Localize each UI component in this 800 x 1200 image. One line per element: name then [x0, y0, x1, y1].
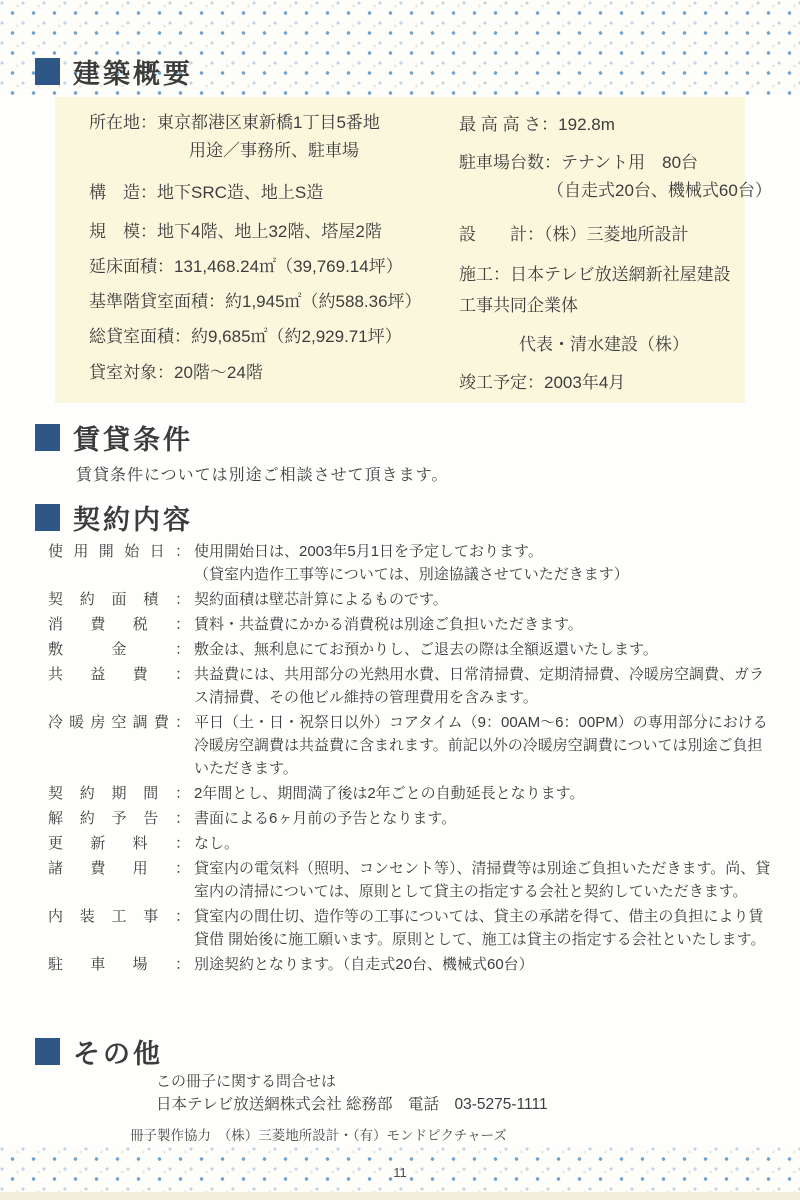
other-inquiry-line1: この冊子に関する問合せは	[156, 1070, 336, 1091]
overview-parking-count: 駐車場台数：テナント用 80台	[459, 150, 772, 176]
overview-total-rentable-area: 総貸室面積：約9,685㎡（約2,929.71坪）	[89, 324, 422, 350]
section-marker-square-icon	[35, 504, 60, 531]
section-title-overview: 建築概要	[73, 52, 193, 91]
contract-row-text: 2年間とし、期間満了後は2年ごとの自動延長となります。	[194, 782, 772, 805]
contract-row-hvac-fee: 冷暖房空調費： 平日（土・日・祝祭日以外）コアタイム（9：00AM～6：00PM…	[48, 711, 772, 780]
section-marker-square-icon	[35, 424, 60, 451]
overview-total-floor-area: 延床面積：131,468.24㎡（39,769.14坪）	[89, 254, 422, 280]
section-title-lease: 賃貸条件	[73, 418, 193, 457]
contract-rows: 使用開始日： 使用開始日は、2003年5月1日を予定しております。 （貸室内造作…	[48, 540, 772, 978]
contract-row-text: 敷金は、無利息にてお預かりし、ご退去の際は全額返還いたします。	[194, 638, 772, 661]
contract-row-label: 契約期間：	[48, 782, 190, 805]
contract-row-text: 貸室内の電気料（照明、コンセント等）、清掃費等は別途ご負担いただきます。尚、貸室…	[194, 857, 772, 903]
contract-row-text: 賃料・共益費にかかる消費税は別途ご負担いただきます。	[194, 613, 772, 636]
contract-row-contract-area: 契約面積： 契約面積は壁芯計算によるものです。	[48, 588, 772, 611]
contract-row-start-date: 使用開始日： 使用開始日は、2003年5月1日を予定しております。 （貸室内造作…	[48, 540, 772, 586]
section-heading-other: その他	[35, 1032, 163, 1071]
contract-row-misc-expenses: 諸費用： 貸室内の電気料（照明、コンセント等）、清掃費等は別途ご負担いただきます…	[48, 857, 772, 903]
section-title-other: その他	[73, 1032, 163, 1071]
contract-row-text: 使用開始日は、2003年5月1日を予定しております。 （貸室内造作工事等について…	[194, 540, 772, 586]
contract-row-label: 内装工事：	[48, 905, 190, 928]
contract-row-contract-period: 契約期間： 2年間とし、期間満了後は2年ごとの自動延長となります。	[48, 782, 772, 805]
bottom-cream-strip	[0, 1192, 800, 1200]
contract-row-text: 共益費には、共用部分の光熱用水費、日常清掃費、定期清掃費、冷暖房空調費、ガラス清…	[194, 663, 772, 709]
contract-row-label: 駐車場：	[48, 953, 190, 976]
overview-designer: 設 計：（株）三菱地所設計	[459, 222, 772, 248]
other-production-credit: 冊子製作協力 （株）三菱地所設計・（有）モンドピクチャーズ	[130, 1124, 507, 1144]
contract-row-deposit: 敷金： 敷金は、無利息にてお預かりし、ご退去の際は全額返還いたします。	[48, 638, 772, 661]
bottom-dot-pattern-band: 11	[0, 1146, 800, 1192]
contract-row-text: 平日（土・日・祝祭日以外）コアタイム（9：00AM～6：00PM）の専用部分にお…	[194, 711, 772, 780]
contract-row-label: 敷金：	[48, 638, 190, 661]
contract-row-label: 消費税：	[48, 613, 190, 636]
section-marker-square-icon	[35, 1038, 60, 1065]
contract-row-consumption-tax: 消費税： 賃料・共益費にかかる消費税は別途ご負担いただきます。	[48, 613, 772, 636]
contract-row-text: 契約面積は壁芯計算によるものです。	[194, 588, 772, 611]
contract-row-interior-work: 内装工事： 貸室内の間仕切、造作等の工事については、貸主の承諾を得て、借主の負担…	[48, 905, 772, 951]
section-title-contract: 契約内容	[73, 498, 193, 537]
contract-row-text: 別途契約となります。（自走式20台、機械式60台）	[194, 953, 772, 976]
contract-row-renewal-fee: 更新料： なし。	[48, 832, 772, 855]
overview-structure: 構 造：地下SRC造、地上S造	[89, 180, 422, 206]
lease-body-text: 賃貸条件については別途ご相談させて頂きます。	[76, 462, 448, 485]
overview-parking-detail: （自走式20台、機械式60台）	[459, 178, 772, 204]
overview-contractor-line1: 施工：日本テレビ放送網新社屋建設	[459, 262, 772, 288]
section-marker-square-icon	[35, 58, 60, 85]
overview-standard-floor-area: 基準階貸室面積：約1,945㎡（約588.36坪）	[89, 289, 422, 315]
contract-row-text: 貸室内の間仕切、造作等の工事については、貸主の承諾を得て、借主の負担により賃貸借…	[194, 905, 772, 951]
overview-completion-date: 竣工予定：2003年4月	[459, 370, 772, 396]
overview-scale: 規 模：地下4階、地上32階、塔屋2階	[89, 219, 422, 245]
contract-row-text: 書面による6ヶ月前の予告となります。	[194, 807, 772, 830]
overview-box: 所在地：東京都港区東新橋1丁目5番地 用途／事務所、駐車場 構 造：地下SRC造…	[55, 97, 745, 403]
contract-row-label: 共益費：	[48, 663, 190, 686]
other-inquiry-line2: 日本テレビ放送網株式会社 総務部 電話 03-5275-1111	[156, 1092, 548, 1114]
contract-row-label: 更新料：	[48, 832, 190, 855]
document-page: 建築概要 所在地：東京都港区東新橋1丁目5番地 用途／事務所、駐車場 構 造：地…	[0, 0, 800, 1200]
overview-location: 所在地：東京都港区東新橋1丁目5番地	[89, 110, 422, 136]
overview-usage: 用途／事務所、駐車場	[89, 138, 422, 164]
contract-row-label: 諸費用：	[48, 857, 190, 880]
section-heading-overview: 建築概要	[35, 52, 193, 91]
contract-row-label: 使用開始日：	[48, 540, 190, 563]
overview-max-height: 最 高 高 さ：192.8m	[459, 112, 772, 138]
overview-contractor-line2: 工事共同企業体	[459, 293, 772, 319]
contract-row-parking: 駐車場： 別途契約となります。（自走式20台、機械式60台）	[48, 953, 772, 976]
contract-row-label: 解約予告：	[48, 807, 190, 830]
overview-right-column: 最 高 高 さ：192.8m 駐車場台数：テナント用 80台 （自走式20台、機…	[459, 112, 772, 396]
section-heading-lease: 賃貸条件	[35, 418, 193, 457]
section-heading-contract: 契約内容	[35, 498, 193, 537]
contract-row-label: 契約面積：	[48, 588, 190, 611]
overview-rental-floors: 貸室対象：20階～24階	[89, 360, 422, 386]
contract-row-text: なし。	[194, 832, 772, 855]
contract-row-cancellation-notice: 解約予告： 書面による6ヶ月前の予告となります。	[48, 807, 772, 830]
contract-row-label: 冷暖房空調費：	[48, 711, 190, 734]
overview-left-column: 所在地：東京都港区東新橋1丁目5番地 用途／事務所、駐車場 構 造：地下SRC造…	[89, 110, 422, 386]
page-number: 11	[393, 1159, 407, 1180]
contract-row-common-service-fee: 共益費： 共益費には、共用部分の光熱用水費、日常清掃費、定期清掃費、冷暖房空調費…	[48, 663, 772, 709]
overview-contractor-representative: 代表・清水建設（株）	[459, 332, 772, 358]
